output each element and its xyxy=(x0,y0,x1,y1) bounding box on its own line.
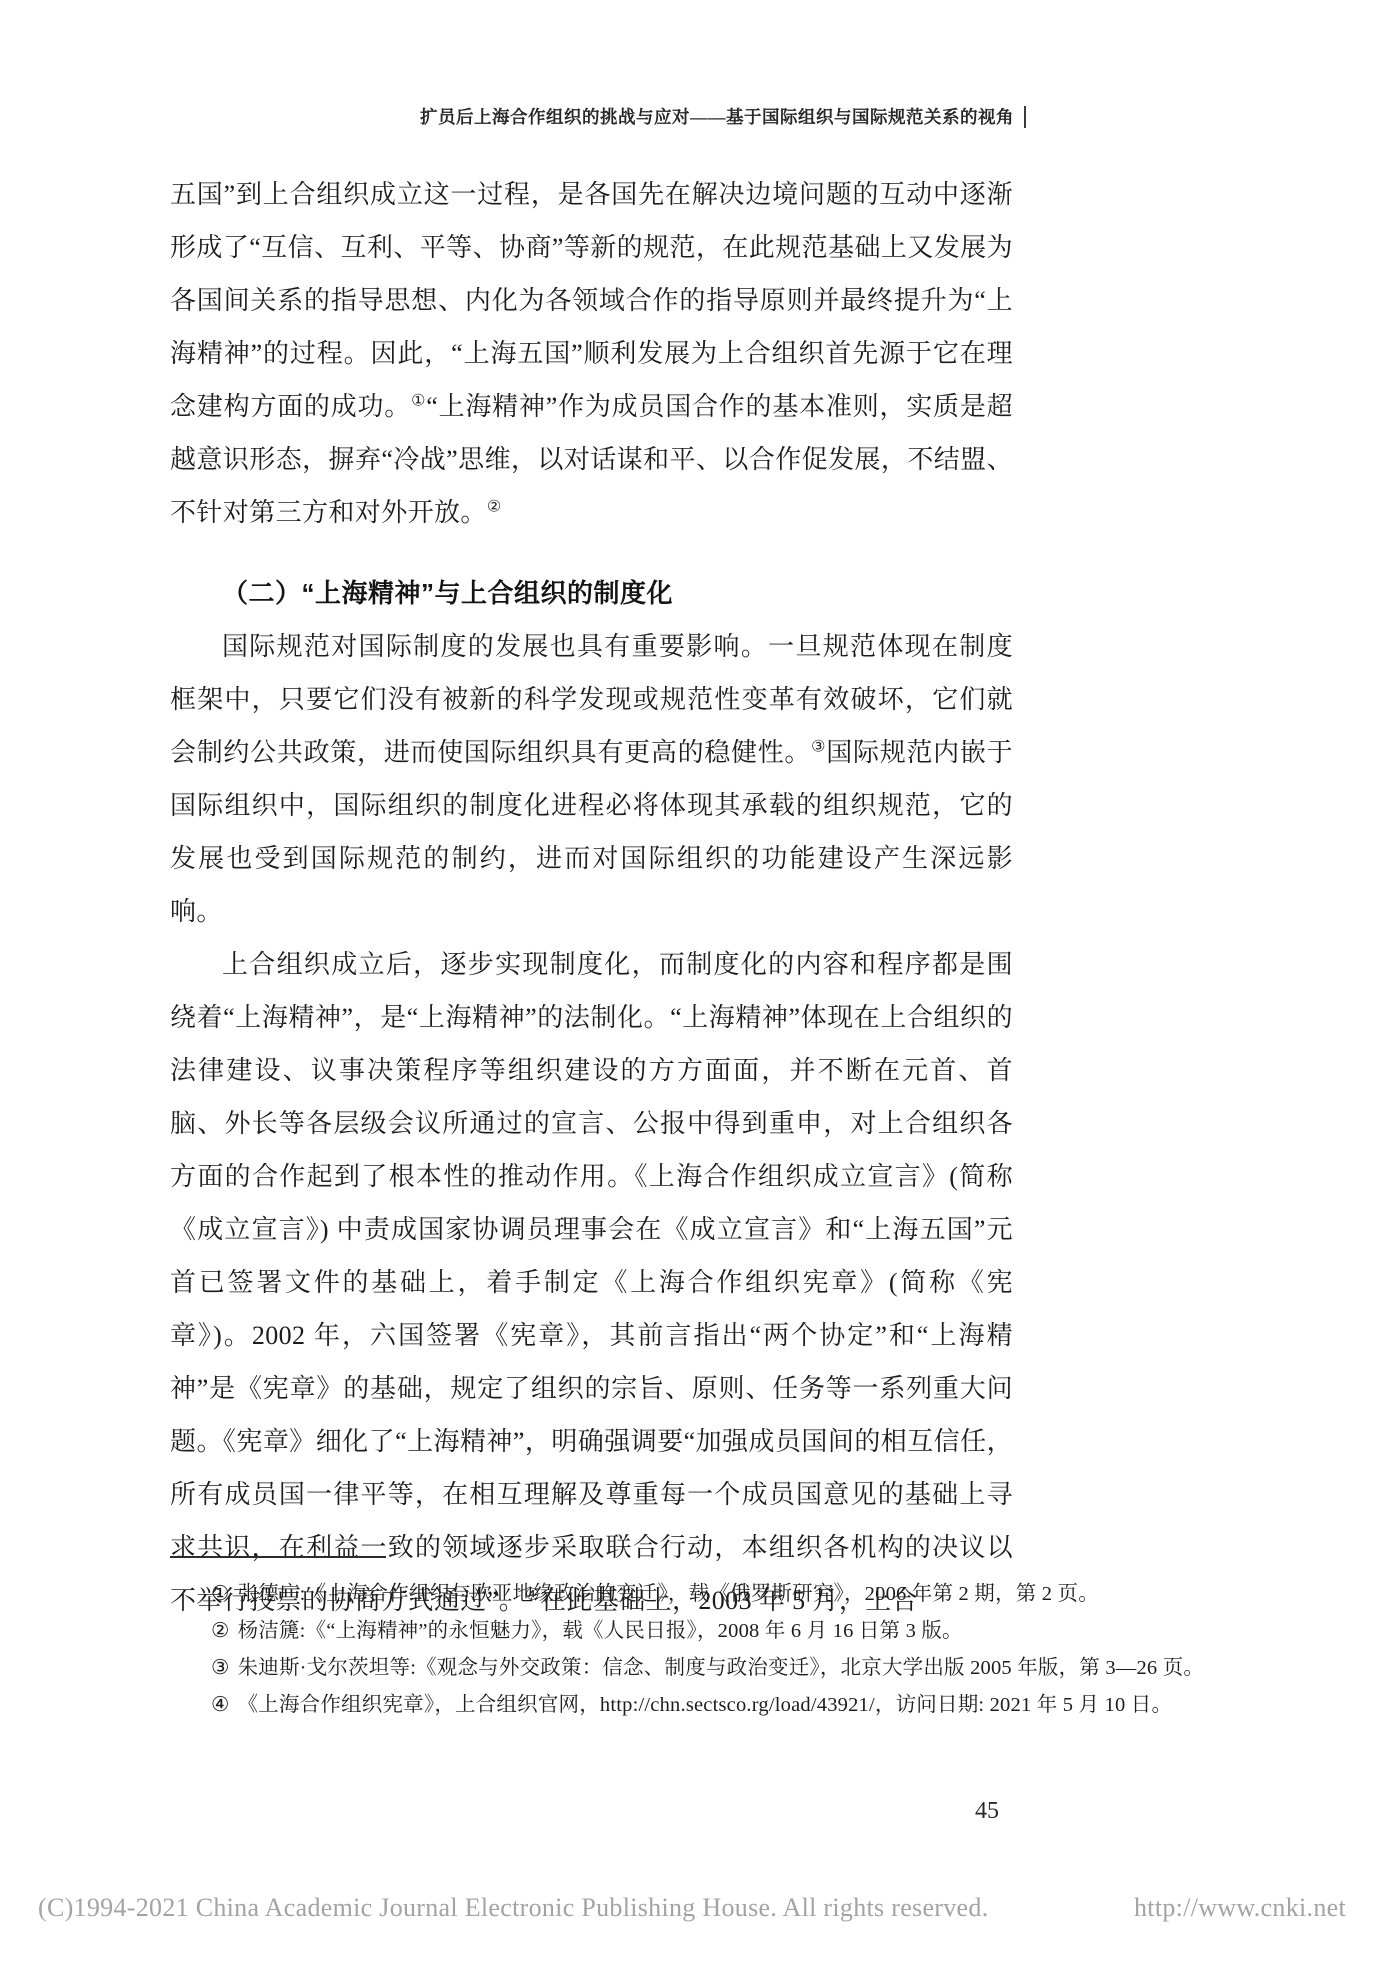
footnote-3: ③朱迪斯·戈尔茨坦等:《观念与外交政策：信念、制度与政治变迁》，北京大学出版 2… xyxy=(170,1650,1250,1687)
footnote-separator xyxy=(170,1556,386,1558)
footnote-4-marker: ④ xyxy=(211,1694,230,1716)
copyright-footer: (C)1994-2021 China Academic Journal Elec… xyxy=(38,1893,1346,1923)
footnote-3-marker: ③ xyxy=(211,1657,230,1679)
footnote-2-text: 杨洁篪:《“上海精神”的永恒魅力》，载《人民日报》，2008 年 6 月 16 … xyxy=(238,1620,963,1642)
footnote-4: ④《上海合作组织宪章》，上合组织官网，http://chn.sectsco.rg… xyxy=(170,1687,1250,1724)
running-header-title: 扩员后上海合作组织的挑战与应对——基于国际组织与国际规范关系的视角 xyxy=(420,107,1014,127)
footnote-1: ①张德广:《上海合作组织与欧亚地缘政治的变迁》，载《俄罗斯研究》，2006 年第… xyxy=(170,1576,1250,1613)
cnki-url: http://www.cnki.net xyxy=(1134,1893,1346,1923)
footnote-2-marker: ② xyxy=(211,1620,230,1642)
header-divider-bar xyxy=(1024,106,1026,128)
footnote-2: ②杨洁篪:《“上海精神”的永恒魅力》，载《人民日报》，2008 年 6 月 16… xyxy=(170,1613,1250,1650)
running-header: 扩员后上海合作组织的挑战与应对——基于国际组织与国际规范关系的视角 xyxy=(170,104,1026,129)
footnote-4-text: 《上海合作组织宪章》，上合组织官网，http://chn.sectsco.rg/… xyxy=(238,1694,1173,1716)
body-paragraph-continuation: 五国”到上合组织成立这一过程，是各国先在解决边境问题的互动中逐渐形成了“互信、互… xyxy=(170,168,1013,539)
footnotes-section: ①张德广:《上海合作组织与欧亚地缘政治的变迁》，载《俄罗斯研究》，2006 年第… xyxy=(170,1556,1250,1724)
footnote-1-marker: ① xyxy=(211,1583,230,1605)
copyright-text: (C)1994-2021 China Academic Journal Elec… xyxy=(38,1893,989,1923)
footnote-1-text: 张德广:《上海合作组织与欧亚地缘政治的变迁》，载《俄罗斯研究》，2006 年第 … xyxy=(238,1583,1099,1605)
section-heading: （二）“上海精神”与上合组织的制度化 xyxy=(170,567,1013,620)
body-paragraph-institutionalization: 上合组织成立后，逐步实现制度化，而制度化的内容和程序都是围绕着“上海精神”，是“… xyxy=(170,938,1013,1627)
page-number: 45 xyxy=(975,1798,999,1825)
journal-page: 扩员后上海合作组织的挑战与应对——基于国际组织与国际规范关系的视角 五国”到上合… xyxy=(0,0,1378,1969)
body-paragraph-norms: 国际规范对国际制度的发展也具有重要影响。一旦规范体现在制度框架中，只要它们没有被… xyxy=(170,620,1013,938)
article-body: 五国”到上合组织成立这一过程，是各国先在解决边境问题的互动中逐渐形成了“互信、互… xyxy=(170,168,1013,1627)
footnote-3-text: 朱迪斯·戈尔茨坦等:《观念与外交政策：信念、制度与政治变迁》，北京大学出版 20… xyxy=(238,1657,1205,1679)
